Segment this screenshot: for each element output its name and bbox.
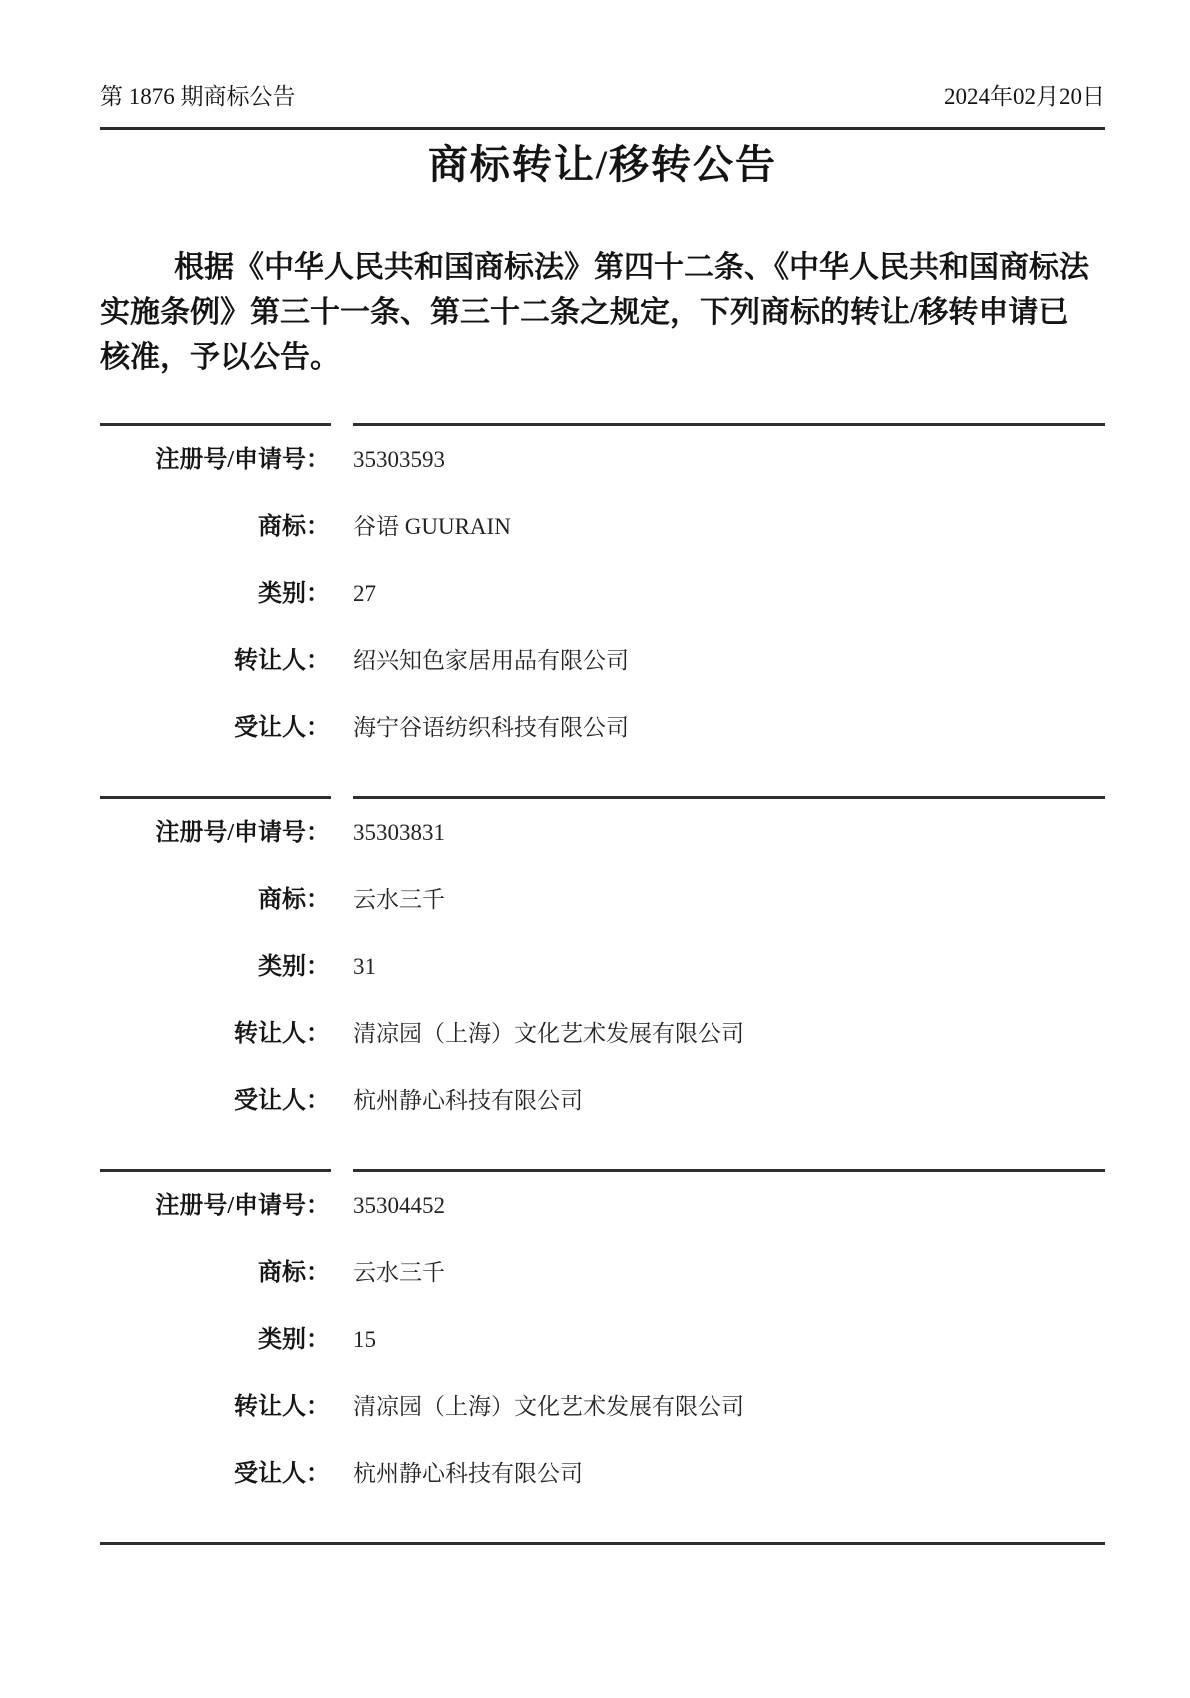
field-row-trademark: 商标： 云水三千: [100, 1261, 1105, 1285]
field-row-assignee: 受让人： 杭州静心科技有限公司: [100, 1462, 1105, 1486]
field-value-trademark: 云水三千: [353, 1261, 445, 1285]
field-label-category: 类别：: [100, 582, 330, 606]
field-row-reg-no: 注册号/申请号： 35304452: [100, 1194, 1105, 1218]
divider-segment: [100, 796, 331, 799]
divider-gap: [331, 796, 353, 799]
field-row-reg-no: 注册号/申请号： 35303831: [100, 821, 1105, 845]
records-list: 注册号/申请号： 35303593 商标： 谷语 GUURAIN 类别： 27 …: [100, 423, 1105, 1545]
field-label-trademark: 商标：: [100, 1261, 330, 1285]
field-value-assignee: 海宁谷语纺织科技有限公司: [353, 716, 629, 740]
gazette-date: 2024年02月20日: [944, 84, 1105, 110]
field-label-reg-no: 注册号/申请号：: [100, 821, 330, 845]
field-label-trademark: 商标：: [100, 515, 330, 539]
record-1: 注册号/申请号： 35303593 商标： 谷语 GUURAIN 类别： 27 …: [100, 423, 1105, 796]
field-row-assignor: 转让人： 清凉园（上海）文化艺术发展有限公司: [100, 1022, 1105, 1046]
end-divider: [100, 1542, 1105, 1545]
header-divider: [100, 127, 1105, 130]
field-value-trademark: 云水三千: [353, 888, 445, 912]
field-value-category: 15: [353, 1328, 376, 1352]
field-label-assignee: 受让人：: [100, 1462, 330, 1486]
divider-segment: [353, 423, 1105, 426]
record-2: 注册号/申请号： 35303831 商标： 云水三千 类别： 31 转让人： 清…: [100, 796, 1105, 1169]
intro-line: 核准，予以公告。: [100, 335, 1105, 380]
field-value-reg-no: 35304452: [353, 1194, 445, 1218]
field-value-reg-no: 35303593: [353, 448, 445, 472]
divider-segment: [353, 1169, 1105, 1172]
gazette-issue-label: 第 1876 期商标公告: [100, 84, 296, 110]
field-row-assignor: 转让人： 清凉园（上海）文化艺术发展有限公司: [100, 1395, 1105, 1419]
field-row-category: 类别： 15: [100, 1328, 1105, 1352]
field-label-trademark: 商标：: [100, 888, 330, 912]
field-label-category: 类别：: [100, 1328, 330, 1352]
divider-gap: [331, 423, 353, 426]
record-divider: [100, 1169, 1105, 1172]
field-label-category: 类别：: [100, 955, 330, 979]
record-divider: [100, 423, 1105, 426]
divider-segment: [100, 423, 331, 426]
intro-line: 实施条例》第三十一条、第三十二条之规定，下列商标的转让/移转申请已: [100, 290, 1105, 335]
field-row-trademark: 商标： 云水三千: [100, 888, 1105, 912]
record-divider: [100, 796, 1105, 799]
field-value-trademark: 谷语 GUURAIN: [353, 515, 511, 539]
field-row-category: 类别： 27: [100, 582, 1105, 606]
field-value-assignor: 清凉园（上海）文化艺术发展有限公司: [353, 1395, 744, 1419]
page-header: 第 1876 期商标公告 2024年02月20日: [100, 0, 1105, 110]
field-label-reg-no: 注册号/申请号：: [100, 448, 330, 472]
field-value-assignee: 杭州静心科技有限公司: [353, 1462, 583, 1486]
field-row-trademark: 商标： 谷语 GUURAIN: [100, 515, 1105, 539]
field-label-reg-no: 注册号/申请号：: [100, 1194, 330, 1218]
field-label-assignor: 转让人：: [100, 1022, 330, 1046]
gazette-page: 第 1876 期商标公告 2024年02月20日 商标转让/移转公告 根据《中华…: [0, 0, 1190, 1698]
field-value-assignor: 清凉园（上海）文化艺术发展有限公司: [353, 1022, 744, 1046]
field-row-category: 类别： 31: [100, 955, 1105, 979]
field-label-assignor: 转让人：: [100, 1395, 330, 1419]
field-value-category: 31: [353, 955, 376, 979]
field-row-assignee: 受让人： 杭州静心科技有限公司: [100, 1089, 1105, 1113]
page-content: 第 1876 期商标公告 2024年02月20日 商标转让/移转公告 根据《中华…: [100, 0, 1105, 1545]
field-label-assignee: 受让人：: [100, 716, 330, 740]
field-row-reg-no: 注册号/申请号： 35303593: [100, 448, 1105, 472]
intro-line: 根据《中华人民共和国商标法》第四十二条、《中华人民共和国商标法: [100, 245, 1105, 290]
record-3: 注册号/申请号： 35304452 商标： 云水三千 类别： 15 转让人： 清…: [100, 1169, 1105, 1542]
field-row-assignee: 受让人： 海宁谷语纺织科技有限公司: [100, 716, 1105, 740]
field-label-assignor: 转让人：: [100, 649, 330, 673]
field-value-category: 27: [353, 582, 376, 606]
divider-segment: [100, 1169, 331, 1172]
field-value-assignor: 绍兴知色家居用品有限公司: [353, 649, 629, 673]
intro-paragraph: 根据《中华人民共和国商标法》第四十二条、《中华人民共和国商标法 实施条例》第三十…: [100, 245, 1105, 380]
divider-segment: [353, 796, 1105, 799]
field-label-assignee: 受让人：: [100, 1089, 330, 1113]
field-value-reg-no: 35303831: [353, 821, 445, 845]
field-value-assignee: 杭州静心科技有限公司: [353, 1089, 583, 1113]
divider-gap: [331, 1169, 353, 1172]
field-row-assignor: 转让人： 绍兴知色家居用品有限公司: [100, 649, 1105, 673]
page-title: 商标转让/移转公告: [100, 142, 1105, 188]
